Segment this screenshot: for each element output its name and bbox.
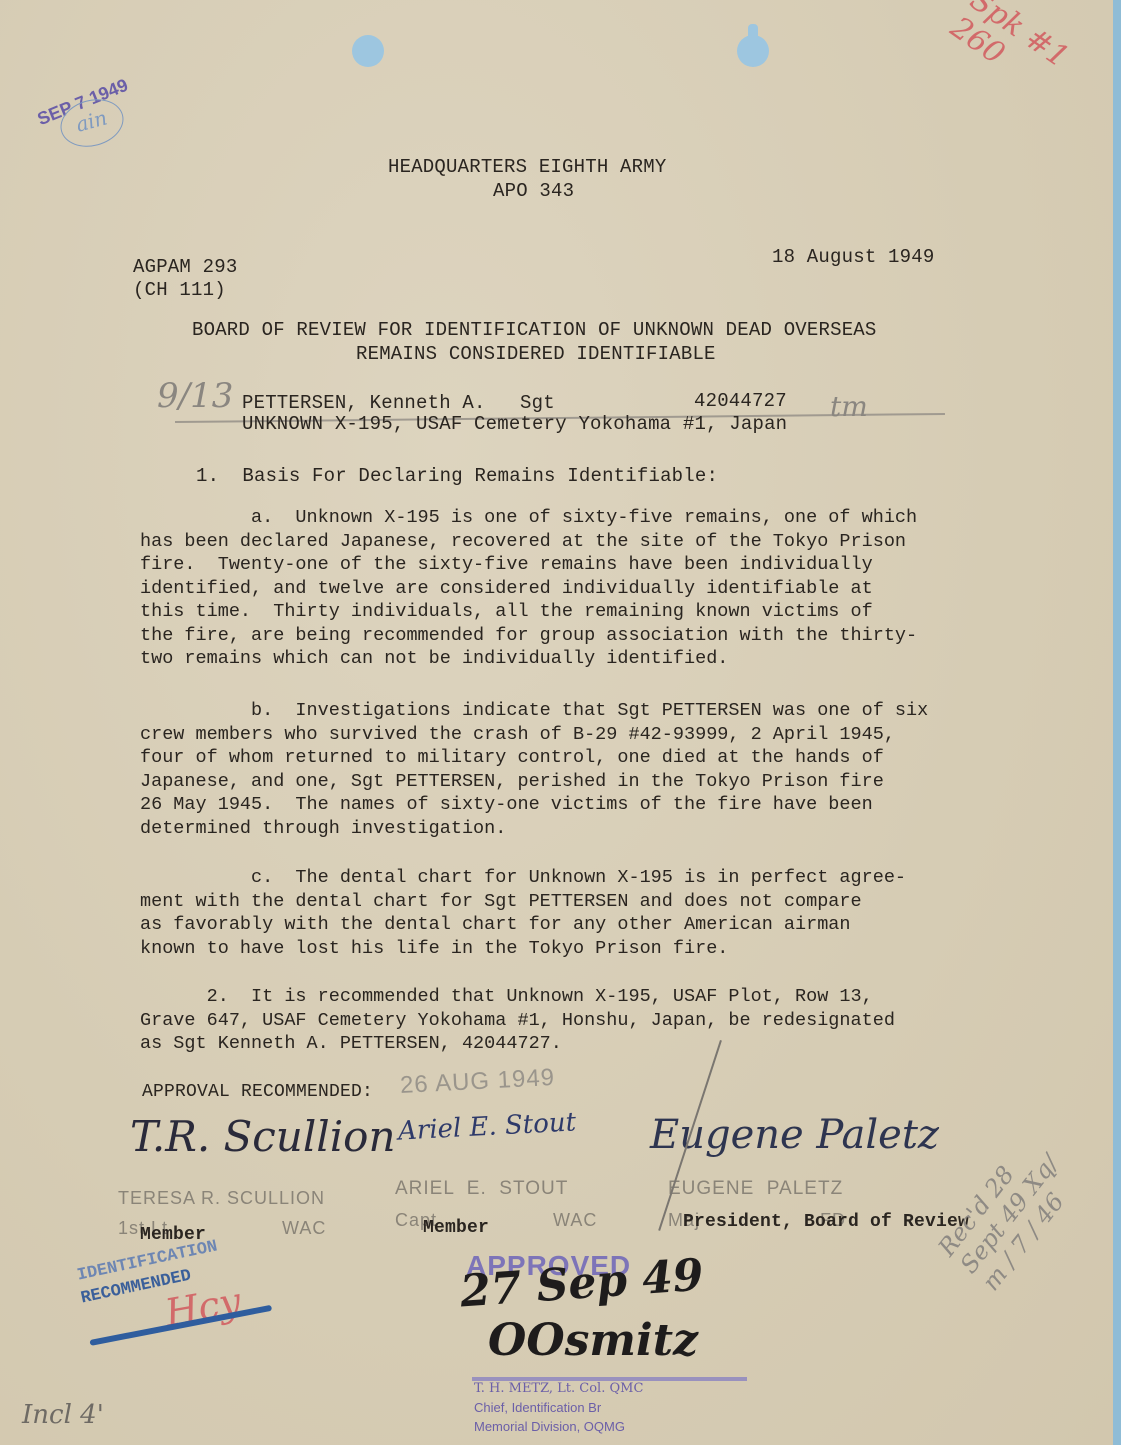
paragraph-a-line: has been declared Japanese, recovered at… — [140, 530, 970, 554]
title-line1: BOARD OF REVIEW FOR IDENTIFICATION OF UN… — [192, 319, 877, 341]
paragraph-a-line: identified, and twelve are considered in… — [140, 577, 970, 601]
approval-date-stamp: 26 AUG 1949 — [399, 1064, 555, 1100]
punch-hole-right-notch — [748, 24, 758, 40]
subject-rank: Sgt — [520, 392, 555, 414]
signatory-name-stout: ARIEL E. STOUT — [395, 1178, 568, 1200]
paragraph-a: a. Unknown X-195 is one of sixty-five re… — [140, 506, 970, 671]
document-date: 18 August 1949 — [772, 246, 934, 268]
file-subreference: (CH 111) — [133, 279, 226, 301]
signatory-branch-scullion: WAC — [282, 1218, 326, 1239]
initial-annotation: tm — [830, 390, 868, 423]
signatory-name-scullion: TERESA R. SCULLION — [118, 1188, 325, 1209]
paragraph-c-line: known to have lost his life in the Tokyo… — [140, 937, 970, 961]
document-page: SEP 7 1949 ain Spk #1 260 HEADQUARTERS E… — [0, 0, 1113, 1445]
signatory-name-paletz: EUGENE PALETZ — [668, 1178, 843, 1200]
paragraph-b-line: 26 May 1945. The names of sixty-one vict… — [140, 793, 970, 817]
bottom-right-annotation: Rec'd 28 Sept 49 Xq/ m / 7 / 46 — [933, 1118, 1098, 1296]
section1-heading: 1. Basis For Declaring Remains Identifia… — [196, 465, 718, 487]
section2-line: as Sgt Kenneth A. PETTERSEN, 42044727. — [140, 1032, 970, 1056]
paragraph-b-line: Japanese, and one, Sgt PETTERSEN, perish… — [140, 770, 970, 794]
signatory-role-paletz: President, Board of Review — [683, 1212, 969, 1232]
paragraph-a-line: a. Unknown X-195 is one of sixty-five re… — [140, 506, 970, 530]
section2-paragraph: 2. It is recommended that Unknown X-195,… — [140, 985, 970, 1056]
paragraph-c-line: c. The dental chart for Unknown X-195 is… — [140, 866, 970, 890]
paragraph-b-line: b. Investigations indicate that Sgt PETT… — [140, 699, 970, 723]
paragraph-a-line: the fire, are being recommended for grou… — [140, 624, 970, 648]
header-line1: HEADQUARTERS EIGHTH ARMY — [388, 156, 666, 178]
paragraph-c: c. The dental chart for Unknown X-195 is… — [140, 866, 970, 960]
top-right-annotation: Spk #1 260 — [944, 0, 1106, 125]
section2-line: 2. It is recommended that Unknown X-195,… — [140, 985, 970, 1009]
subject-serial: 42044727 — [694, 390, 787, 412]
paragraph-a-line: fire. Twenty-one of the sixty-five remai… — [140, 553, 970, 577]
enclosure-annotation: Incl 4' — [22, 1400, 104, 1430]
signatory-role-stout: Member — [423, 1218, 489, 1238]
paragraph-c-line: ment with the dental chart for Sgt PETTE… — [140, 890, 970, 914]
approval-label: APPROVAL RECOMMENDED: — [142, 1082, 373, 1102]
section2-line: Grave 647, USAF Cemetery Yokohama #1, Ho… — [140, 1009, 970, 1033]
header-line2: APO 343 — [493, 180, 574, 202]
left-margin-annotation: 9/13 — [157, 376, 233, 416]
signatory-branch-stout: WAC — [553, 1210, 597, 1231]
paragraph-b-line: crew members who survived the crash of B… — [140, 723, 970, 747]
file-reference: AGPAM 293 — [133, 256, 237, 278]
approved-officer: T. H. METZ, Lt. Col. QMC — [474, 1381, 643, 1396]
subject-name: PETTERSEN, Kenneth A. — [242, 392, 486, 414]
approved-officer-title: Chief, Identification Br — [474, 1400, 601, 1415]
paragraph-b-line: determined through investigation. — [140, 817, 970, 841]
subject-unknown: UNKNOWN X-195, USAF Cemetery Yokohama #1… — [242, 413, 787, 435]
punch-hole-left — [352, 35, 384, 67]
paragraph-a-line: this time. Thirty individuals, all the r… — [140, 600, 970, 624]
paragraph-b-line: four of whom returned to military contro… — [140, 746, 970, 770]
paragraph-c-line: as favorably with the dental chart for a… — [140, 913, 970, 937]
paragraph-a-line: two remains which can not be individuall… — [140, 647, 970, 671]
signature-scullion: T.R. Scullion — [130, 1112, 396, 1161]
paragraph-b: b. Investigations indicate that Sgt PETT… — [140, 699, 970, 840]
title-line2: REMAINS CONSIDERED IDENTIFIABLE — [356, 343, 716, 365]
approved-division: Memorial Division, OQMG — [474, 1419, 625, 1434]
signature-stout: Ariel E. Stout — [397, 1107, 576, 1146]
approved-signature: OOsmitz — [488, 1315, 698, 1366]
